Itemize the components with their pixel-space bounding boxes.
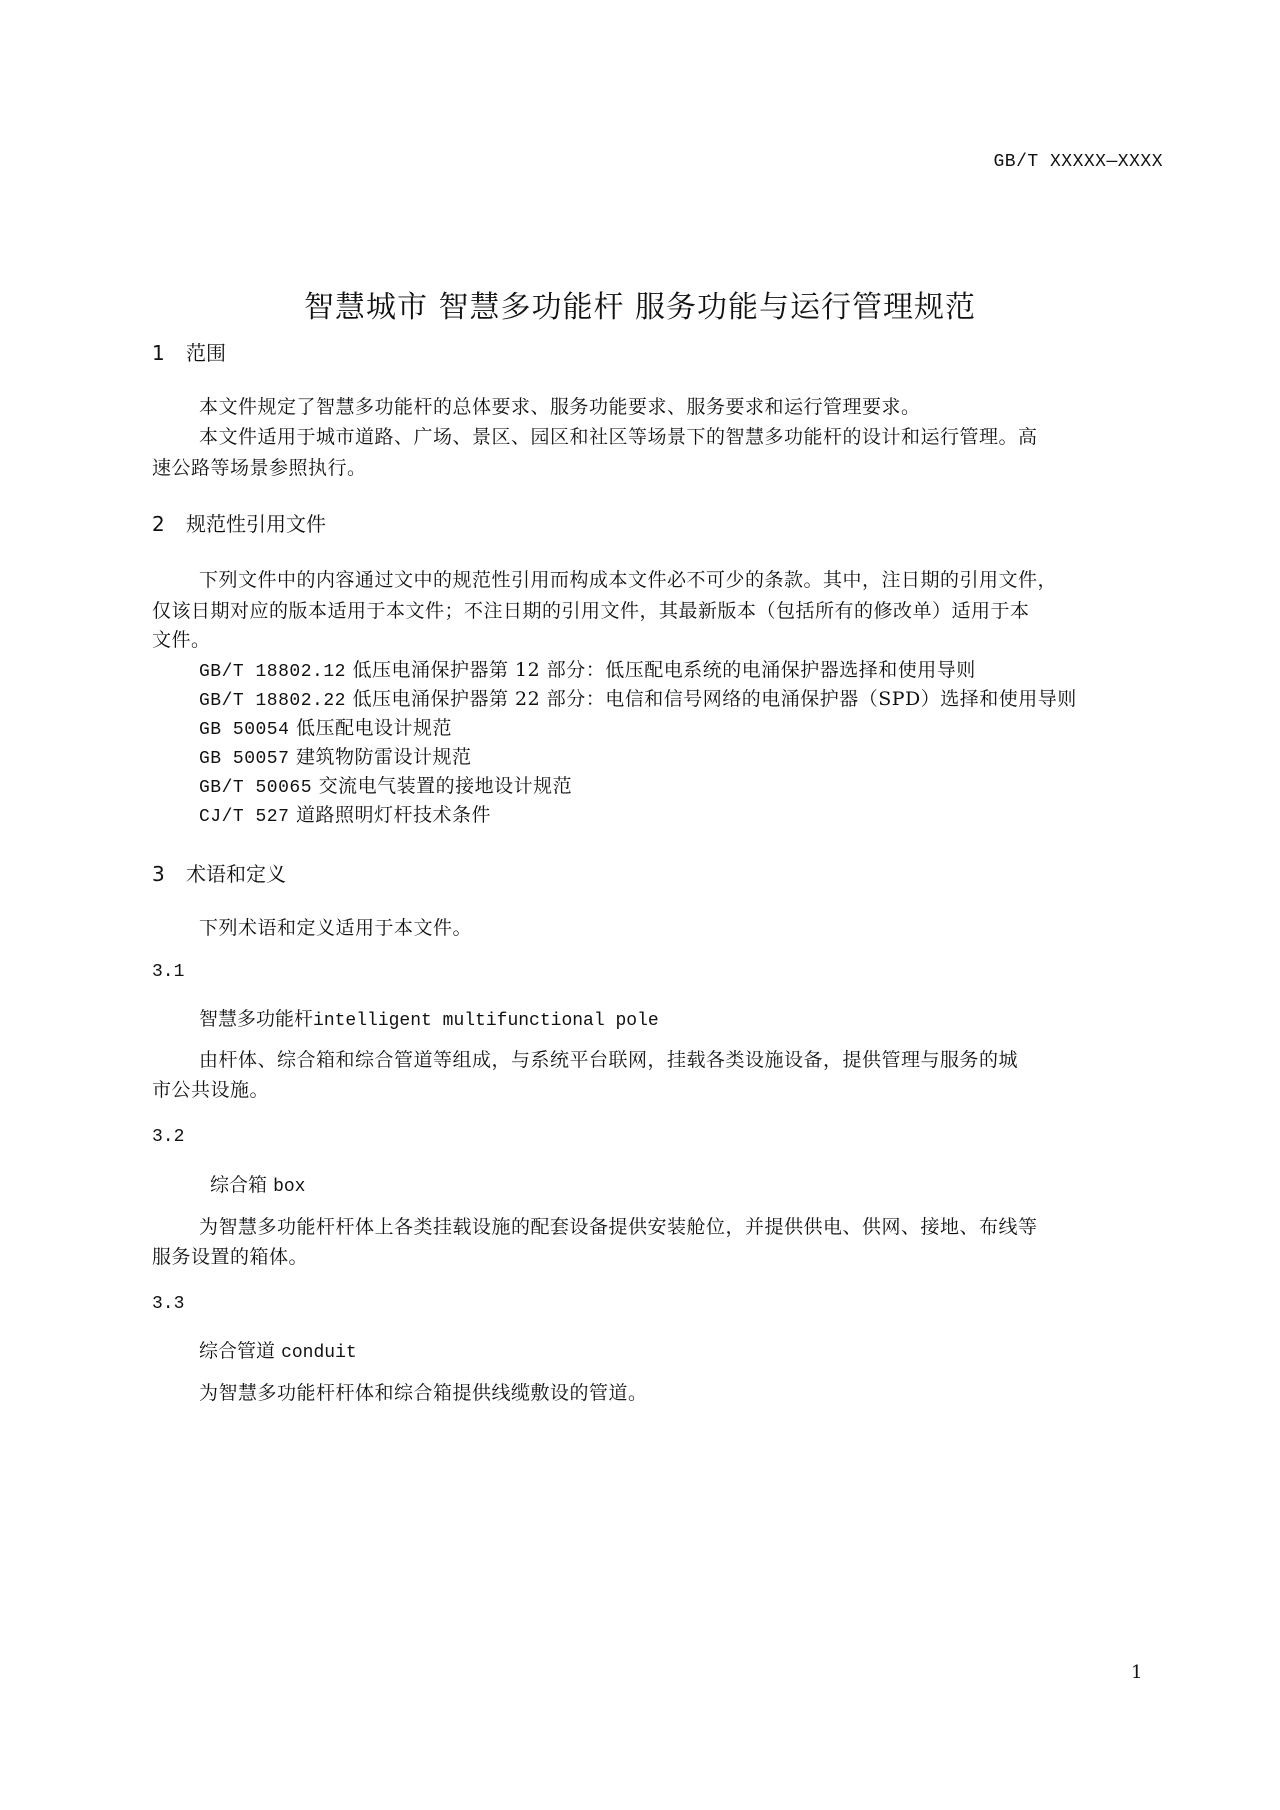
- term-entry: 综合管道 conduit: [199, 1336, 357, 1363]
- paragraph-continuation: 速公路等场景参照执行。: [152, 451, 367, 485]
- section-number: 3: [152, 862, 186, 886]
- paragraph-continuation: 文件。: [152, 623, 211, 657]
- section-number: 2: [152, 512, 186, 536]
- section-2-heading: 2规范性引用文件: [152, 508, 326, 537]
- reference-code: GB 50057: [199, 749, 289, 769]
- term-english: intelligent multifunctional pole: [313, 1011, 659, 1031]
- term-number: 3.2: [152, 1127, 184, 1147]
- term-number: 3.3: [152, 1294, 184, 1314]
- term-chinese: 智慧多功能杆: [199, 1008, 313, 1030]
- term-number: 3.1: [152, 962, 184, 982]
- section-title: 范围: [186, 341, 226, 365]
- page-number: 1: [1131, 1662, 1142, 1683]
- term-english: box: [273, 1177, 305, 1197]
- section-number: 1: [152, 341, 186, 365]
- reference-title: 低压配电设计规范: [296, 717, 452, 739]
- reference-code: GB/T 18802.22: [199, 691, 346, 711]
- term-entry: 综合箱 box: [210, 1170, 305, 1197]
- paragraph-continuation: 仅该日期对应的版本适用于本文件；不注日期的引用文件，其最新版本（包括所有的修改单…: [152, 594, 1030, 628]
- standard-code: GB/T XXXXX—XXXX: [993, 152, 1163, 172]
- term-definition-continuation: 市公共设施。: [152, 1073, 269, 1107]
- term-chinese: 综合箱: [210, 1174, 267, 1196]
- reference-title: 低压电涌保护器第 22 部分：电信和信号网络的电涌保护器（SPD）选择和使用导则: [352, 688, 1076, 710]
- section-title: 规范性引用文件: [186, 512, 326, 536]
- paragraph: 本文件规定了智慧多功能杆的总体要求、服务功能要求、服务要求和运行管理要求。: [199, 390, 921, 424]
- reference-code: GB/T 50065: [199, 778, 312, 798]
- section-3-heading: 3术语和定义: [152, 858, 286, 887]
- reference-title: 建筑物防雷设计规范: [296, 746, 472, 768]
- term-definition: 为智慧多功能杆杆体上各类挂载设施的配套设备提供安装舱位，并提供供电、供网、接地、…: [199, 1210, 1038, 1244]
- paragraph: 下列文件中的内容通过文中的规范性引用而构成本文件必不可少的条款。其中，注日期的引…: [199, 563, 1057, 597]
- term-definition: 为智慧多功能杆杆体和综合箱提供线缆敷设的管道。: [199, 1376, 648, 1410]
- reference-title: 交流电气装置的接地设计规范: [319, 775, 573, 797]
- reference-code: GB/T 18802.12: [199, 662, 346, 682]
- reference-title: 道路照明灯杆技术条件: [296, 804, 491, 826]
- section-title: 术语和定义: [186, 862, 286, 886]
- term-english: conduit: [281, 1343, 357, 1363]
- term-definition-continuation: 服务设置的箱体。: [152, 1240, 308, 1274]
- section-1-heading: 1范围: [152, 337, 226, 366]
- reference-title: 低压电涌保护器第 12 部分：低压配电系统的电涌保护器选择和使用导则: [352, 659, 975, 681]
- reference-code: CJ/T 527: [199, 807, 289, 827]
- reference-code: GB 50054: [199, 720, 289, 740]
- paragraph: 下列术语和定义适用于本文件。: [199, 911, 472, 945]
- document-title: 智慧城市 智慧多功能杆 服务功能与运行管理规范: [0, 282, 1280, 326]
- term-definition: 由杆体、综合箱和综合管道等组成，与系统平台联网，挂载各类设施设备，提供管理与服务…: [199, 1043, 1018, 1077]
- term-chinese: 综合管道: [199, 1340, 275, 1362]
- paragraph: 本文件适用于城市道路、广场、景区、园区和社区等场景下的智慧多功能杆的设计和运行管…: [199, 420, 1038, 454]
- term-entry: 智慧多功能杆intelligent multifunctional pole: [199, 1004, 659, 1031]
- reference-item: CJ/T 527 道路照明灯杆技术条件: [199, 798, 491, 834]
